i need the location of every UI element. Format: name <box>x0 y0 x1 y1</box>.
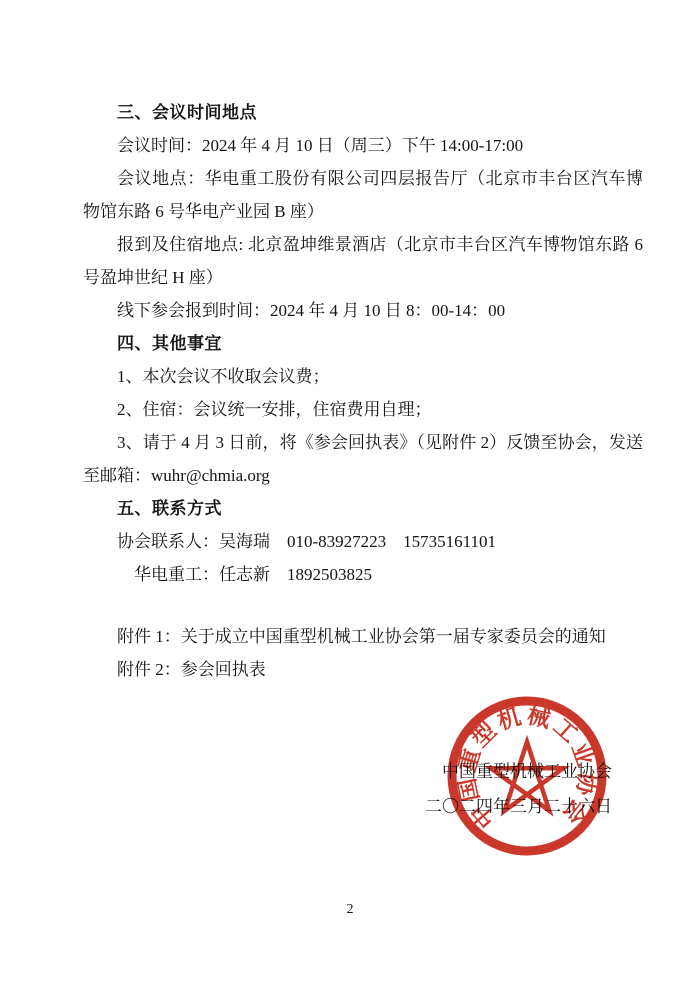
official-seal: 中国重型机械工业协会 <box>437 686 617 866</box>
document-page: 三、会议时间地点 会议时间：2024 年 4 月 10 日（周三）下午 14:0… <box>0 0 700 990</box>
para-checkin-time: 线下参会报到时间：2024 年 4 月 10 日 8：00-14：00 <box>83 294 643 327</box>
section-heading-other-matters: 四、其他事宜 <box>83 327 643 360</box>
seal-star-icon <box>491 742 563 811</box>
section-heading-contacts: 五、联系方式 <box>83 492 643 525</box>
para-item-1-fee: 1、本次会议不收取会议费； <box>83 360 643 393</box>
para-attachment-2: 附件 2：参会回执表 <box>83 653 643 686</box>
para-meeting-place: 会议地点：华电重工股份有限公司四层报告厅（北京市丰台区汽车博物馆东路 6 号华电… <box>83 162 643 228</box>
para-contact-association: 协会联系人：吴海瑞 010-83927223 15735161101 <box>83 525 643 558</box>
para-attachment-1: 附件 1：关于成立中国重型机械工业协会第一届专家委员会的通知 <box>83 620 643 653</box>
para-meeting-time: 会议时间：2024 年 4 月 10 日（周三）下午 14:00-17:00 <box>83 129 643 162</box>
para-item-3-reply-email: 3、请于 4 月 3 日前，将《参会回执表》（见附件 2）反馈至协会，发送至邮箱… <box>83 426 643 492</box>
page-number: 2 <box>0 900 700 920</box>
para-contact-huadian: 华电重工：任志新 1892503825 <box>83 558 643 591</box>
para-item-2-lodging: 2、住宿：会议统一安排，住宿费用自理； <box>83 393 643 426</box>
section-heading-meeting-time-place: 三、会议时间地点 <box>83 96 643 129</box>
para-checkin-hotel: 报到及住宿地点: 北京盈坤维景酒店（北京市丰台区汽车博物馆东路 6 号盈坤世纪 … <box>83 228 643 294</box>
document-body: 三、会议时间地点 会议时间：2024 年 4 月 10 日（周三）下午 14:0… <box>83 96 643 686</box>
